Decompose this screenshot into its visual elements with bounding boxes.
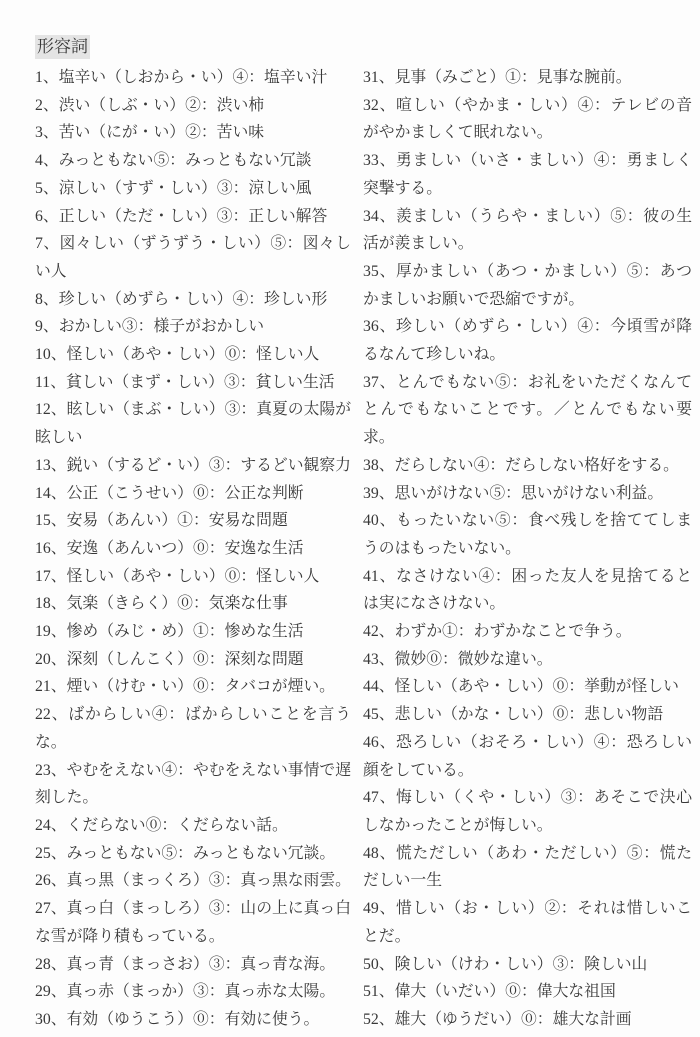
vocab-entry: 16、安逸（あんいつ）⓪：安逸な生活 — [35, 535, 351, 563]
vocab-entry: 41、なさけない④：困った友人を見捨てるとは実になさけない。 — [363, 563, 692, 618]
vocab-entry: 40、もったいない⑤：食べ残しを捨ててしまうのはもったいない。 — [363, 507, 692, 562]
vocab-entry: 23、やむをえない④：やむをえない事情で遅刻した。 — [35, 757, 351, 812]
vocab-entry: 13、鋭い（するど・い）③：するどい観察力 — [35, 452, 351, 480]
document-page: 形容詞 1、塩辛い（しおから・い）④：塩辛い汁2、渋い（しぶ・い）②：渋い柿3、… — [0, 0, 700, 1037]
vocab-entry: 1、塩辛い（しおから・い）④：塩辛い汁 — [35, 64, 351, 92]
vocab-entry: 50、険しい（けわ・しい）③：険しい山 — [363, 951, 692, 979]
vocab-entry: 19、惨め（みじ・め）①：惨めな生活 — [35, 618, 351, 646]
vocab-entry: 34、羨ましい（うらや・ましい）⑤：彼の生活が羨ましい。 — [363, 203, 692, 258]
vocab-entry: 51、偉大（いだい）⓪：偉大な祖国 — [363, 978, 692, 1006]
vocab-entry: 24、くだらない⓪：くだらない話。 — [35, 812, 351, 840]
vocab-entry: 10、怪しい（あや・しい）⓪：怪しい人 — [35, 341, 351, 369]
vocab-entry: 36、珍しい（めずら・しい）④：今頃雪が降るなんて珍しいね。 — [363, 313, 692, 368]
vocab-entry: 45、悲しい（かな・しい）⓪：悲しい物語 — [363, 701, 692, 729]
vocab-entry: 49、惜しい（お・しい）②：それは惜しいことだ。 — [363, 895, 692, 950]
vocab-entry: 8、珍しい（めずら・しい）④：珍しい形 — [35, 286, 351, 314]
vocab-entry: 28、真っ青（まっさお）③：真っ青な海。 — [35, 951, 351, 979]
right-column: 31、見事（みごと）①：見事な腕前。32、喧しい（やかま・しい）④：テレビの音が… — [363, 34, 692, 1034]
vocab-entry: 52、雄大（ゆうだい）⓪：雄大な計画 — [363, 1006, 692, 1034]
vocab-entry: 48、慌ただしい（あわ・ただしい）⑤：慌ただしい一生 — [363, 840, 692, 895]
heading-row: 形容詞 — [35, 34, 351, 64]
vocab-entry: 12、眩しい（まぶ・しい）③：真夏の太陽が眩しい — [35, 396, 351, 451]
vocab-entry: 9、おかしい③：様子がおかしい — [35, 313, 351, 341]
vocab-entry: 44、怪しい（あや・しい）⓪：挙動が怪しい — [363, 673, 692, 701]
vocab-entry: 42、わずか①：わずかなことで争う。 — [363, 618, 692, 646]
vocab-entry: 37、とんでもない⑤：お礼をいただくなんてとんでもないことです。／とんでもない要… — [363, 369, 692, 452]
page-title: 形容詞 — [35, 35, 90, 59]
vocab-entry: 4、みっともない⑤：みっともない冗談 — [35, 147, 351, 175]
left-column: 形容詞 1、塩辛い（しおから・い）④：塩辛い汁2、渋い（しぶ・い）②：渋い柿3、… — [35, 34, 351, 1034]
vocab-entry: 11、貧しい（まず・しい）③：貧しい生活 — [35, 369, 351, 397]
vocab-entry: 2、渋い（しぶ・い）②：渋い柿 — [35, 92, 351, 120]
vocab-list-left: 1、塩辛い（しおから・い）④：塩辛い汁2、渋い（しぶ・い）②：渋い柿3、苦い（に… — [35, 64, 351, 1034]
vocab-entry: 26、真っ黒（まっくろ）③：真っ黒な雨雲。 — [35, 867, 351, 895]
vocab-entry: 3、苦い（にが・い）②：苦い味 — [35, 119, 351, 147]
vocab-entry: 22、ばからしい④：ばからしいことを言うな。 — [35, 701, 351, 756]
vocab-entry: 47、悔しい（くや・しい）③：あそこで決心しなかったことが悔しい。 — [363, 784, 692, 839]
vocab-entry: 15、安易（あんい）①：安易な問題 — [35, 507, 351, 535]
vocab-entry: 39、思いがけない⑤：思いがけない利益。 — [363, 480, 692, 508]
vocab-entry: 46、恐ろしい（おそろ・しい）④：恐ろしい顔をしている。 — [363, 729, 692, 784]
vocab-entry: 29、真っ赤（まっか）③：真っ赤な太陽。 — [35, 978, 351, 1006]
vocab-entry: 18、気楽（きらく）⓪：気楽な仕事 — [35, 590, 351, 618]
vocab-entry: 31、見事（みごと）①：見事な腕前。 — [363, 64, 692, 92]
vocab-entry: 5、涼しい（すず・しい）③：涼しい風 — [35, 175, 351, 203]
vocab-entry: 33、勇ましい（いさ・ましい）④：勇ましく突撃する。 — [363, 147, 692, 202]
vocab-entry: 43、微妙⓪：微妙な違い。 — [363, 646, 692, 674]
vocab-entry: 17、怪しい（あや・しい）⓪：怪しい人 — [35, 563, 351, 591]
vocab-entry: 38、だらしない④：だらしない格好をする。 — [363, 452, 692, 480]
vocab-entry: 30、有効（ゆうこう）⓪：有効に使う。 — [35, 1006, 351, 1034]
vocab-entry: 25、みっともない⑤：みっともない冗談。 — [35, 840, 351, 868]
vocab-entry: 7、図々しい（ずうずう・しい）⑤：図々しい人 — [35, 230, 351, 285]
vocab-entry: 27、真っ白（まっしろ）③：山の上に真っ白な雪が降り積もっている。 — [35, 895, 351, 950]
vocab-entry: 14、公正（こうせい）⓪：公正な判断 — [35, 480, 351, 508]
vocab-entry: 32、喧しい（やかま・しい）④：テレビの音がやかましくて眠れない。 — [363, 92, 692, 147]
vocab-entry: 6、正しい（ただ・しい）③：正しい解答 — [35, 203, 351, 231]
vocab-list-right: 31、見事（みごと）①：見事な腕前。32、喧しい（やかま・しい）④：テレビの音が… — [363, 64, 692, 1034]
vocab-entry: 35、厚かましい（あつ・かましい）⑤：あつかましいお願いで恐縮ですが。 — [363, 258, 692, 313]
vocab-entry: 20、深刻（しんこく）⓪：深刻な問題 — [35, 646, 351, 674]
document-content: 形容詞 1、塩辛い（しおから・い）④：塩辛い汁2、渋い（しぶ・い）②：渋い柿3、… — [0, 0, 700, 1034]
vocab-entry: 21、煙い（けむ・い）⓪：タバコが煙い。 — [35, 673, 351, 701]
